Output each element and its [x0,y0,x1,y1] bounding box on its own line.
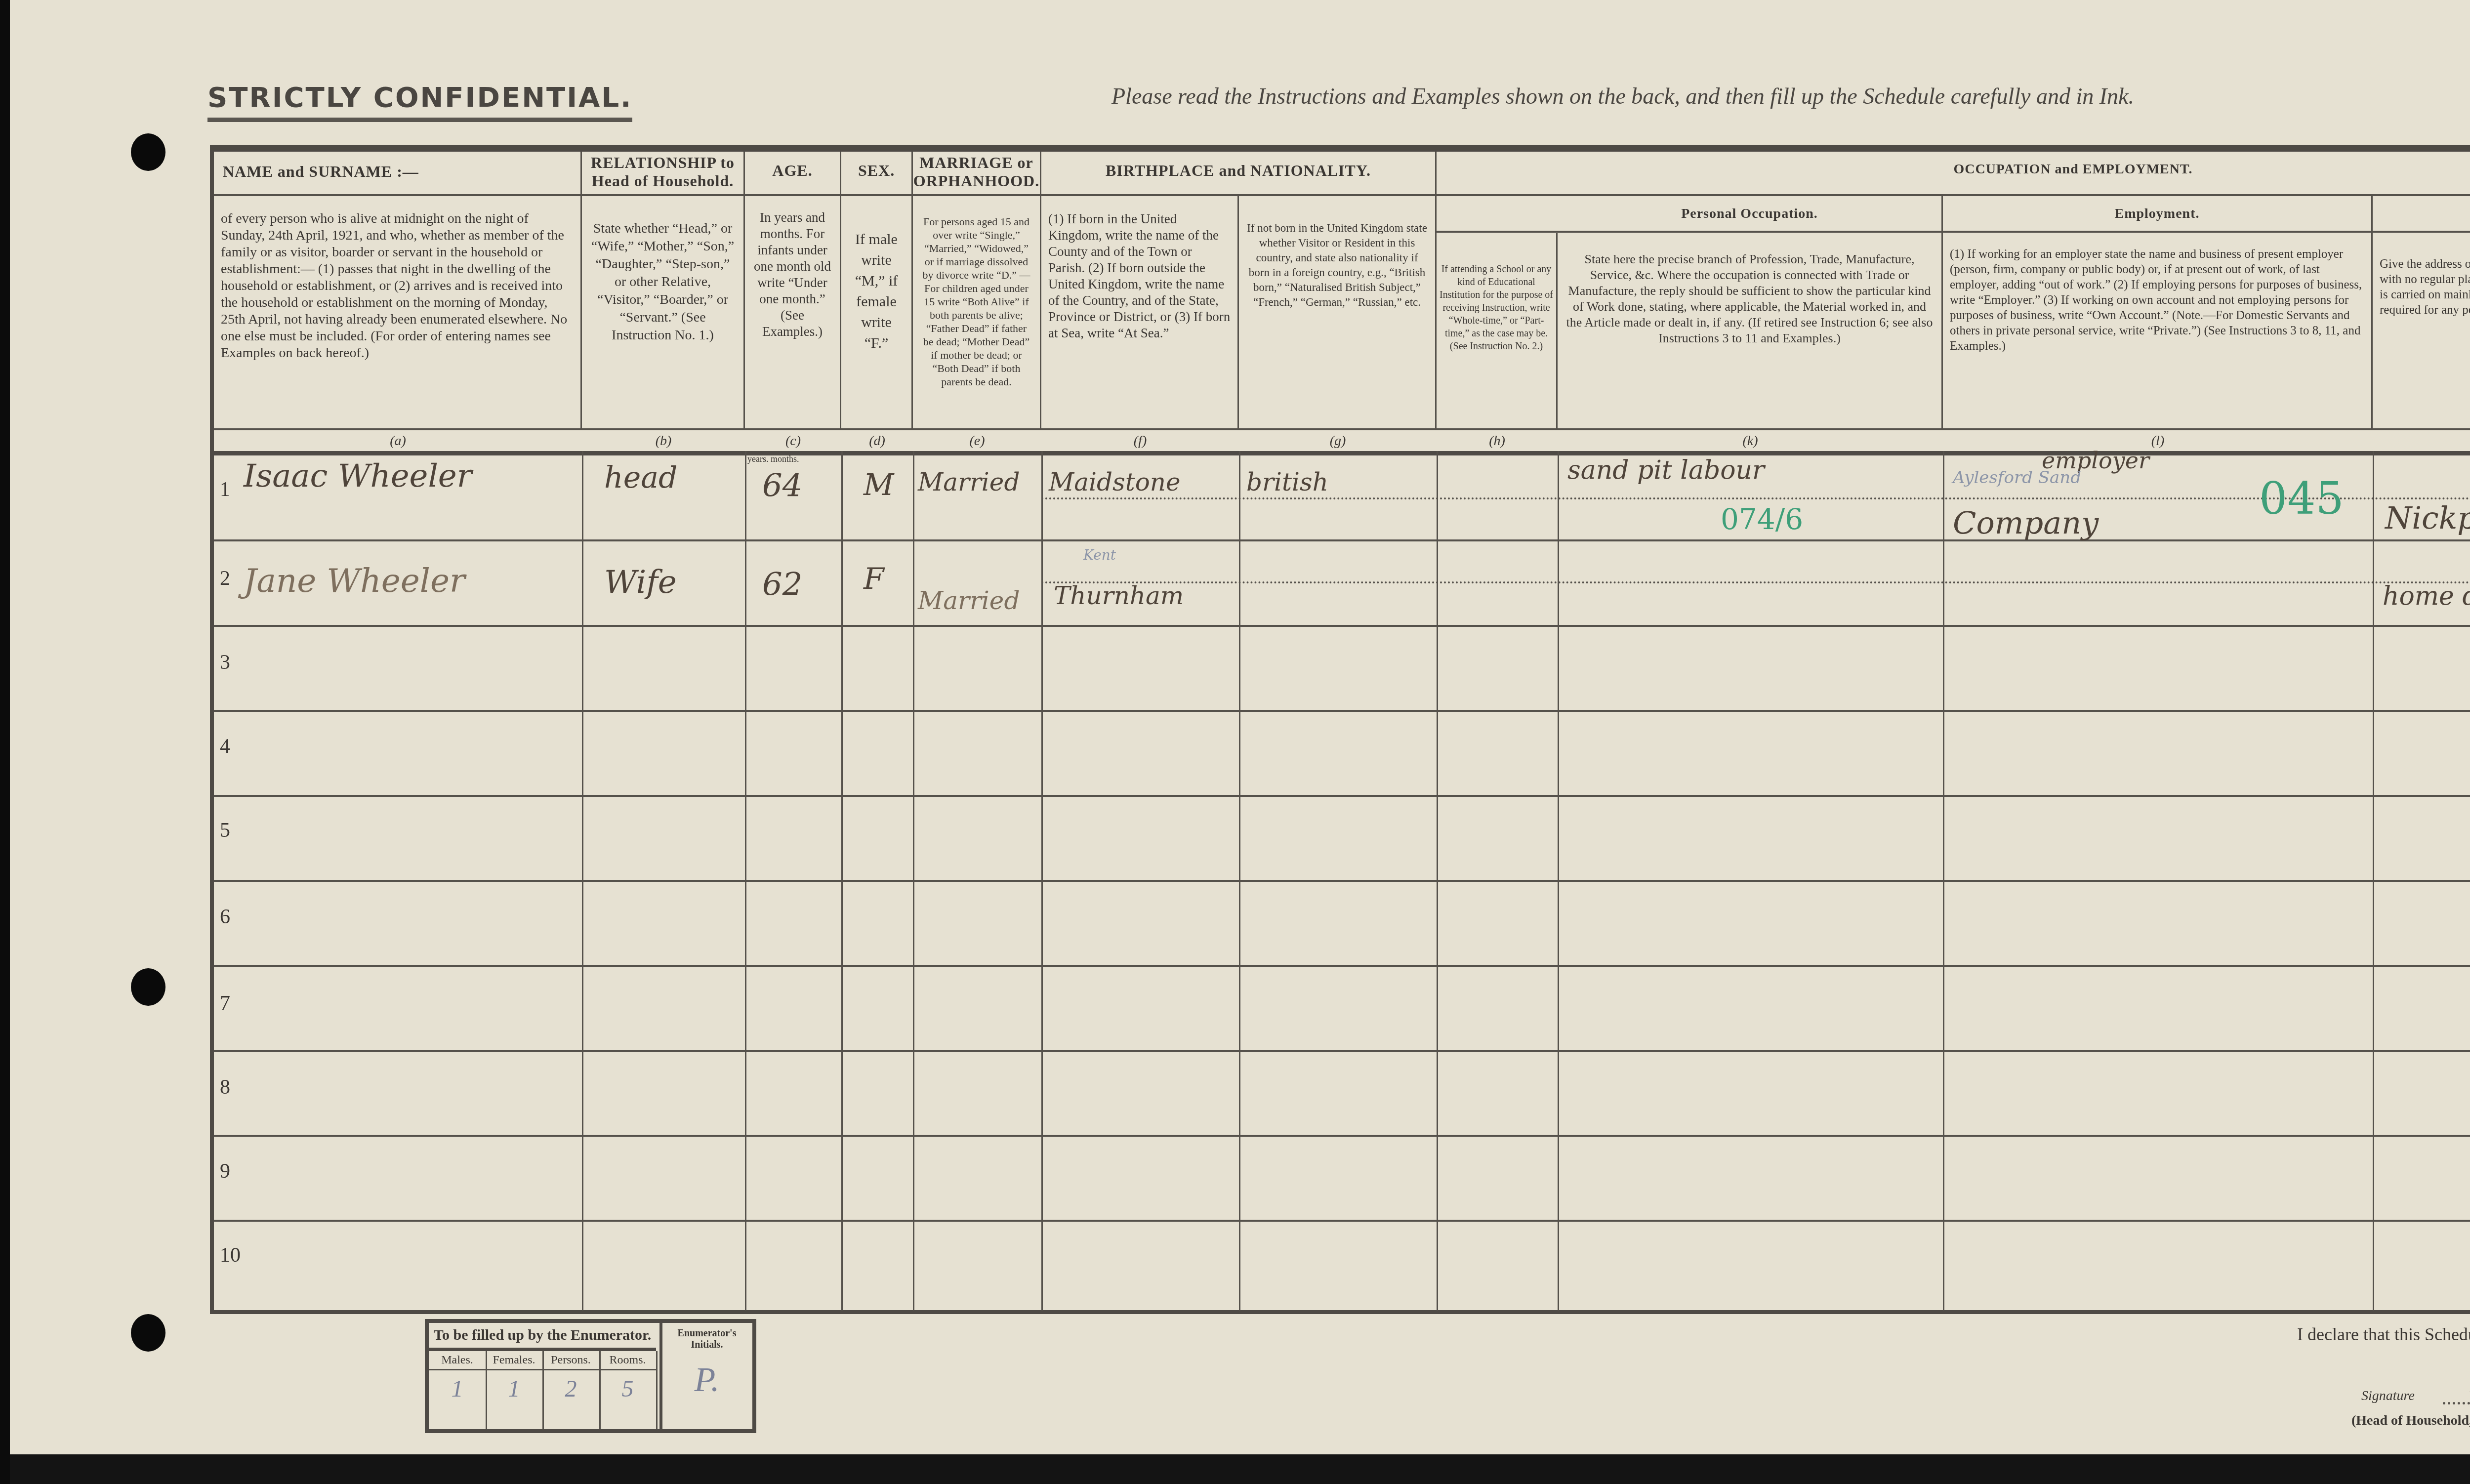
row1-marriage: Married [918,468,1020,496]
column-letter-d: (d) [841,433,913,449]
rooms-field: Rooms.5 [599,1351,658,1429]
persons-field: Persons.2 [542,1351,601,1429]
column-letter-l: (l) [1943,433,2373,449]
row1-sex: M [864,468,894,502]
row1-relationship: head [604,460,677,495]
row2-birthplace-over: Kent [1083,547,1116,563]
row1-employment-code: 045 [2259,473,2344,525]
column-header-relationship: RELATIONSHIP to Head of Household. State… [582,152,745,428]
column-header-marriage: MARRIAGE or ORPHANHOOD. For persons aged… [913,152,1041,428]
page-title: STRICTLY CONFIDENTIAL. [207,82,632,122]
enumerator-initials: Enumerator's Initials. P. [659,1323,751,1429]
column-header-name: NAME and SURNAME :— of every person who … [214,152,582,428]
row1-nationality: british [1246,468,1328,496]
row1-name: Isaac Wheeler [244,458,472,495]
row2-place-of-work: home duties [2383,581,2470,611]
age-subheader: years. months. [747,454,799,464]
row-number: 7 [220,991,230,1015]
row-number: 9 [220,1159,230,1183]
row-number: 8 [220,1075,230,1099]
column-letter-m: (m) [2373,433,2470,449]
punch-hole [131,133,165,171]
row2-marriage: Married [918,586,1020,615]
row2-name: Jane Wheeler [244,562,465,600]
signature-label: Signature [2361,1388,2415,1404]
column-letter-e: (e) [913,433,1041,449]
column-letter-a: (a) [214,433,582,449]
column-header-birthplace-uk: (1) If born in the United Kingdom, write… [1041,196,1239,428]
column-header-nationality: If not born in the United Kingdom state … [1239,196,1437,428]
row-number: 6 [220,905,230,929]
census-form-table: NAME and SURNAME :— of every person who … [210,145,2470,1314]
row1-birthplace: Maidstone [1049,468,1181,496]
enumerator-box-header: To be filled up by the Enumerator. [429,1323,656,1351]
punch-hole [131,1314,165,1352]
enumerator-totals-box: To be filled up by the Enumerator. Males… [425,1319,756,1433]
row1-age: 64 [762,468,802,504]
row-number: 3 [220,651,230,674]
row-number: 5 [220,819,230,842]
column-letter-c: (c) [745,433,841,449]
column-header-occupation-group: OCCUPATION and EMPLOYMENT. [1437,152,2470,196]
row-number: 1 [220,478,230,501]
row1-employment-line2: Company [1953,505,2099,541]
signature-note: (Head of Household, Manager of Establish… [2351,1413,2470,1429]
declaration-text: I declare that this Schedule is correctl… [2297,1324,2470,1345]
row1-occupation: sand pit labour [1567,455,1765,485]
females-field: Females.1 [486,1351,544,1429]
row1-occupation-code: 074/6 [1721,502,1803,536]
row-number: 10 [220,1243,241,1267]
column-header-age: AGE. In years and months. For infants un… [745,152,841,428]
row2-age: 62 [762,567,802,603]
row1-employment-line1: Aylesford Sand [1953,468,2081,488]
males-field: Males.1 [429,1351,487,1429]
row1-place-of-work: Nickpets [2385,500,2470,536]
column-letter-f: (f) [1041,433,1239,449]
punch-hole [131,968,165,1006]
row-number: 4 [220,735,230,758]
column-header-education: If attending a School or any kind of Edu… [1437,233,1558,428]
column-header-sex: SEX. If male write “M,” if female write … [841,152,913,428]
instructions-note: Please read the Instructions and Example… [1111,83,2134,109]
signature-line [2443,1402,2470,1404]
column-letter-k: (k) [1558,433,1943,449]
column-letter-b: (b) [582,433,745,449]
row-number: 2 [220,567,230,590]
row2-relationship: Wife [604,564,677,601]
row2-sex: F [864,562,884,596]
column-letter-g: (g) [1239,433,1437,449]
column-letter-h: (h) [1437,433,1558,449]
row2-birthplace: Thurnham [1054,581,1184,610]
